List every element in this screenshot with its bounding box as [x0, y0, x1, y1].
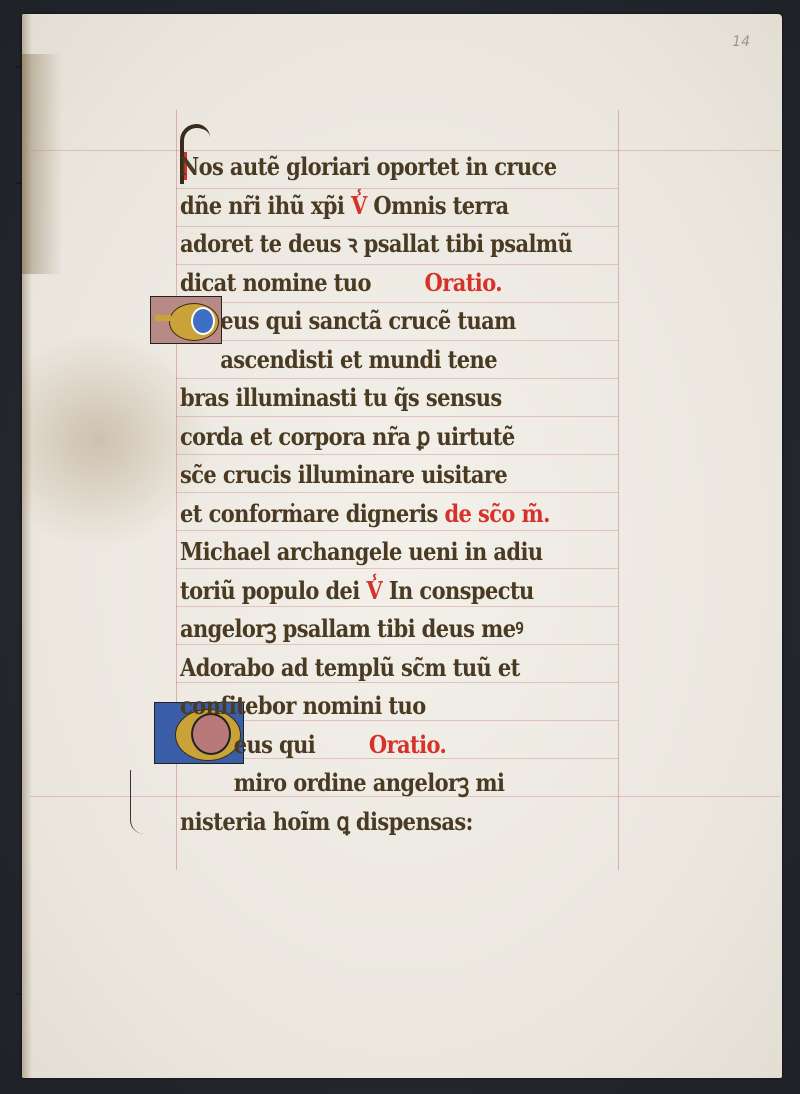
text-line-3: adoret te deus ꝛ psallat tibi psalmũ: [180, 222, 630, 266]
text-line-17: miro ordine angelorꝫ mi: [180, 761, 630, 805]
text-line-9: sc̃e crucis illuminare uisitare: [180, 453, 630, 497]
gold-tail: [155, 315, 171, 321]
text-block: Nos autẽ gloriari oportet in cruce dñe n…: [180, 148, 630, 841]
text-line-18: nisteria hoĩm ꝗ dispensas:: [180, 800, 630, 844]
pen-flourish: [130, 770, 155, 834]
water-stain: [22, 54, 62, 274]
rubric-oratio: Oratio.: [315, 730, 446, 759]
text-line-1: Nos autẽ gloriari oportet in cruce: [180, 145, 630, 189]
text-line-15: confitebor nomini tuo: [180, 684, 630, 728]
rubric-oratio: Oratio.: [371, 268, 502, 297]
text-line-11: Michael archangele ueni in adiu: [180, 530, 630, 574]
folio-number: 14: [732, 34, 750, 50]
text-line-5: eus qui sanctã crucẽ tuam: [180, 299, 630, 343]
text-line-13: angelorꝫ psallam tibi deus meꝰ: [180, 607, 630, 651]
text-line-7: bras illuminasti tu q̃s sensus: [180, 376, 630, 420]
versicle-mark: V̾: [351, 191, 367, 220]
versicle-mark: V̾: [366, 576, 382, 605]
rubric-de-sancto-michaele: de sc̃o m̃.: [444, 499, 549, 528]
